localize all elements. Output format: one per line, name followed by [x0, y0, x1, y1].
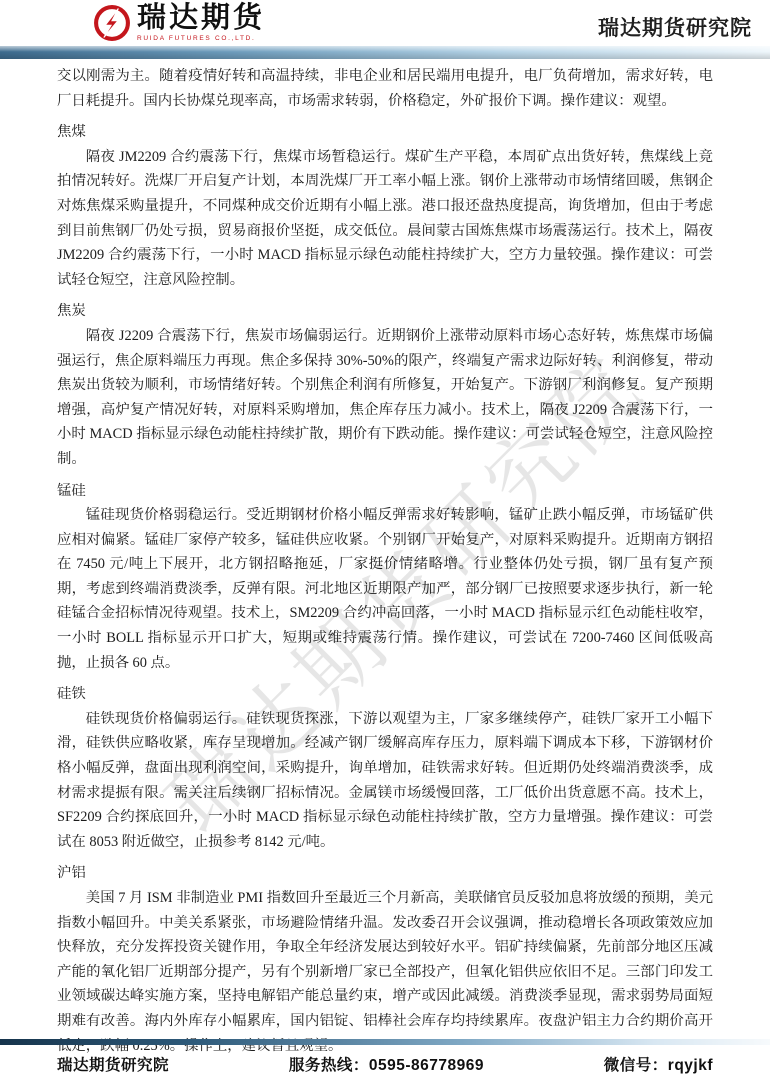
page-header: 瑞达期货 RUIDA FUTURES CO.,LTD. 瑞达期货研究院 [0, 0, 770, 46]
logo-swirl-icon [92, 3, 132, 43]
page-footer: 瑞达期货研究院 服务热线：0595-86778969 微信号：rqyjkf [0, 1039, 770, 1089]
section-paragraph-shanghai-aluminum: 美国 7 月 ISM 非制造业 PMI 指数回升至最近三个月新高，美联储官员反驳… [57, 886, 713, 1058]
logo-text-block: 瑞达期货 RUIDA FUTURES CO.,LTD. [137, 3, 265, 42]
section-paragraph-manganese-silicon: 锰硅现货价格弱稳运行。受近期钢材价格小幅反弹需求好转影响，锰矿止跌小幅反弹，市场… [57, 503, 713, 675]
section-title-coking-coal: 焦煤 [57, 120, 713, 145]
section-shanghai-aluminum: 沪铝 美国 7 月 ISM 非制造业 PMI 指数回升至最近三个月新高，美联储官… [57, 861, 713, 1058]
section-title-shanghai-aluminum: 沪铝 [57, 861, 713, 886]
footer-hotline-number: 0595-86778969 [369, 1057, 484, 1074]
section-coke: 焦炭 隔夜 J2209 合震荡下行，焦炭市场偏弱运行。近期钢价上涨带动原料市场心… [57, 299, 713, 471]
section-paragraph-coking-coal: 隔夜 JM2209 合约震荡下行，焦煤市场暂稳运行。煤矿生产平稳，本周矿点出货好… [57, 145, 713, 293]
footer-hotline-label: 服务热线： [289, 1057, 369, 1074]
report-body: 交以刚需为主。随着疫情好转和高温持续，非电企业和居民端用电提升，电厂负荷增加，需… [0, 59, 770, 1058]
section-manganese-silicon: 锰硅 锰硅现货价格弱稳运行。受近期钢材价格小幅反弹需求好转影响，锰矿止跌小幅反弹… [57, 479, 713, 676]
section-coking-coal: 焦煤 隔夜 JM2209 合约震荡下行，焦煤市场暂稳运行。煤矿生产平稳，本周矿点… [57, 120, 713, 292]
section-title-ferrosilicon: 硅铁 [57, 682, 713, 707]
footer-info-row: 瑞达期货研究院 服务热线：0595-86778969 微信号：rqyjkf [0, 1045, 770, 1089]
section-paragraph-coke: 隔夜 J2209 合震荡下行，焦炭市场偏弱运行。近期钢价上涨带动原料市场心态好转… [57, 324, 713, 472]
footer-wechat: 微信号：rqyjkf [604, 1053, 713, 1075]
section-paragraph-ferrosilicon: 硅铁现货价格偏弱运行。硅铁现货探涨，下游以观望为主，厂家多继续停产，硅铁厂家开工… [57, 707, 713, 855]
section-ferrosilicon: 硅铁 硅铁现货价格偏弱运行。硅铁现货探涨，下游以观望为主，厂家多继续停产，硅铁厂… [57, 682, 713, 854]
footer-hotline: 服务热线：0595-86778969 [289, 1053, 484, 1075]
section-title-manganese-silicon: 锰硅 [57, 479, 713, 504]
logo-text: 瑞达期货 [137, 3, 265, 33]
intro-paragraph: 交以刚需为主。随着疫情好转和高温持续，非电企业和居民端用电提升，电厂负荷增加，需… [57, 64, 713, 113]
footer-institute: 瑞达期货研究院 [57, 1053, 169, 1075]
logo-subtext: RUIDA FUTURES CO.,LTD. [137, 35, 265, 42]
report-page: 瑞达期货 RUIDA FUTURES CO.,LTD. 瑞达期货研究院 瑞达期货… [0, 0, 770, 1089]
company-logo: 瑞达期货 RUIDA FUTURES CO.,LTD. [92, 3, 265, 43]
section-title-coke: 焦炭 [57, 299, 713, 324]
footer-wechat-id: rqyjkf [668, 1057, 713, 1074]
footer-wechat-label: 微信号： [604, 1057, 668, 1074]
header-institute-title: 瑞达期货研究院 [598, 12, 756, 43]
header-divider-bar [0, 46, 770, 59]
